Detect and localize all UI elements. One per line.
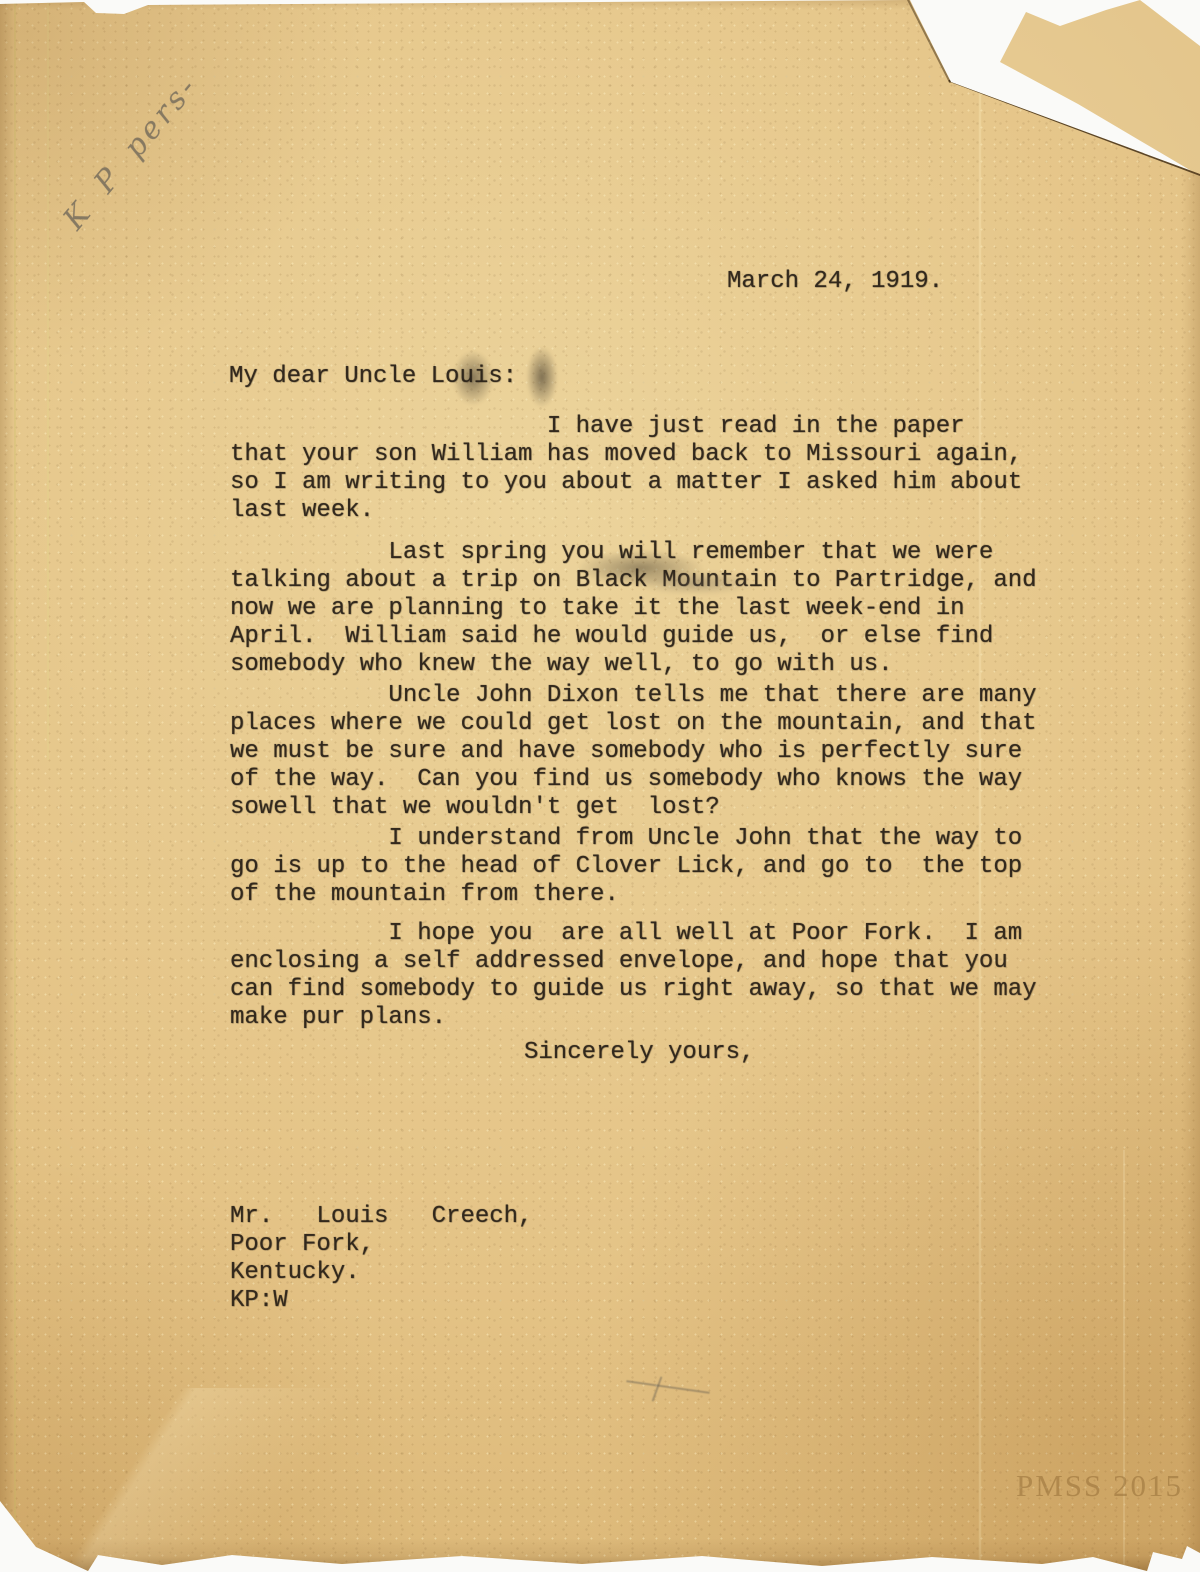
salutation: My dear Uncle Louis: bbox=[229, 363, 517, 391]
right-fold-crease bbox=[1123, 1150, 1125, 1572]
pencil-annotation: K P pers- bbox=[57, 0, 264, 237]
pencil-stray-tick bbox=[652, 1376, 663, 1401]
letter-paragraph-1: I have just read in the paper that your … bbox=[230, 413, 1022, 525]
torn-edge-line bbox=[907, 0, 951, 83]
watermark: PMSS 2015 bbox=[1016, 1468, 1183, 1504]
pencil-stray-mark bbox=[626, 1380, 709, 1394]
inside-address: Mr. Louis Creech, Poor Fork, Kentucky. K… bbox=[230, 1203, 532, 1315]
letter-paper: K P pers- March 24, 1919. My dear Uncle … bbox=[0, 0, 1200, 1572]
closing: Sincerely yours, bbox=[524, 1039, 754, 1067]
date-line: March 24, 1919. bbox=[727, 268, 943, 296]
ink-smudge bbox=[526, 346, 558, 408]
bottom-left-fold bbox=[0, 1388, 360, 1572]
left-fiber-crease bbox=[14, 0, 16, 1572]
scanned-letter-page: K P pers- March 24, 1919. My dear Uncle … bbox=[0, 0, 1200, 1572]
letter-paragraph-4: I understand from Uncle John that the wa… bbox=[230, 825, 1022, 909]
letter-paragraph-5: I hope you are all well at Poor Fork. I … bbox=[230, 920, 1037, 1032]
letter-paragraph-3: Uncle John Dixon tells me that there are… bbox=[230, 682, 1037, 822]
letter-paragraph-2: Last spring you will remember that we we… bbox=[230, 539, 1037, 679]
left-margin-crease bbox=[47, 0, 49, 760]
